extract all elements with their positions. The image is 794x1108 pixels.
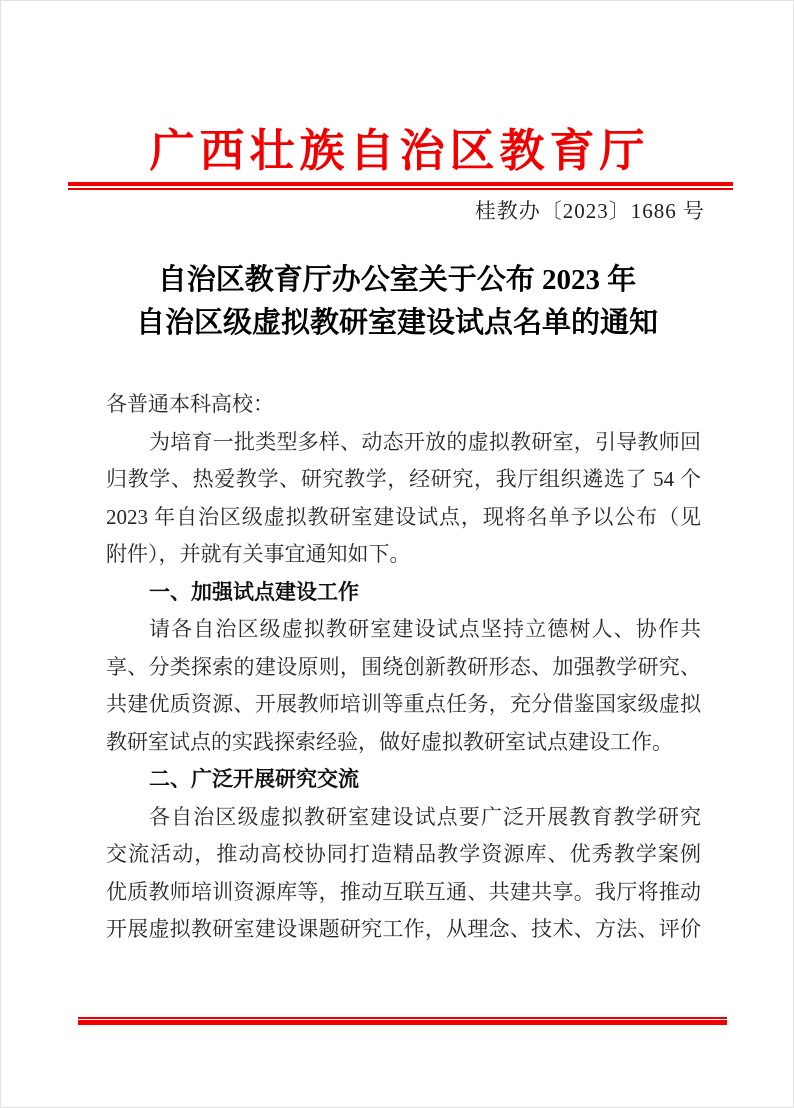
document-body: 各普通本科高校：为培育一批类型多样、动态开放的虚拟教研室，引导教师回归教学、热爱… <box>106 386 701 949</box>
body-line: 附件），并就有关事宜通知如下。 <box>106 536 701 574</box>
body-line: 享、分类探索的建设原则，围绕创新教研形态、加强教学研究、 <box>106 649 701 687</box>
body-line: 为培育一批类型多样、动态开放的虚拟教研室，引导教师回 <box>106 424 701 462</box>
rule-thick-bar <box>78 1020 727 1025</box>
body-line: 归教学、热爱教学、研究教学，经研究，我厅组织遴选了 54 个 <box>106 461 701 499</box>
document-title-line2: 自治区级虚拟教研室建设试点名单的通知 <box>1 302 793 345</box>
masthead-double-rule <box>68 182 733 190</box>
body-line: 优质教师培训资源库等，推动互联互通、共建共享。我厅将推动 <box>106 874 701 912</box>
body-line: 交流活动，推动高校协同打造精品教学资源库、优秀教学案例库、 <box>106 836 701 874</box>
body-line: 各自治区级虚拟教研室建设试点要广泛开展教育教学研究 <box>106 799 701 837</box>
body-section-heading: 二、广泛开展研究交流 <box>106 761 701 799</box>
body-line: 2023 年自治区级虚拟教研室建设试点，现将名单予以公布（见 <box>106 499 701 537</box>
body-line: 各普通本科高校： <box>106 386 701 424</box>
official-document-page: 广西壮族自治区教育厅 桂教办〔2023〕1686 号 自治区教育厅办公室关于公布… <box>0 0 794 1108</box>
rule-thin-bar <box>68 188 733 190</box>
body-line: 请各自治区级虚拟教研室建设试点坚持立德树人、协作共 <box>106 611 701 649</box>
document-title-line1: 自治区教育厅办公室关于公布 2023 年 <box>1 259 793 302</box>
body-line: 教研室试点的实践探索经验，做好虚拟教研室试点建设工作。 <box>106 724 701 762</box>
body-line: 开展虚拟教研室建设课题研究工作，从理念、技术、方法、评价 <box>106 911 701 949</box>
body-section-heading: 一、加强试点建设工作 <box>106 574 701 612</box>
body-line: 共建优质资源、开展教师培训等重点任务，充分借鉴国家级虚拟 <box>106 686 701 724</box>
document-title: 自治区教育厅办公室关于公布 2023 年 自治区级虚拟教研室建设试点名单的通知 <box>1 259 793 345</box>
footer-double-rule <box>78 1017 727 1025</box>
agency-masthead-title: 广西壮族自治区教育厅 <box>1 127 793 175</box>
document-number: 桂教办〔2023〕1686 号 <box>475 198 705 224</box>
